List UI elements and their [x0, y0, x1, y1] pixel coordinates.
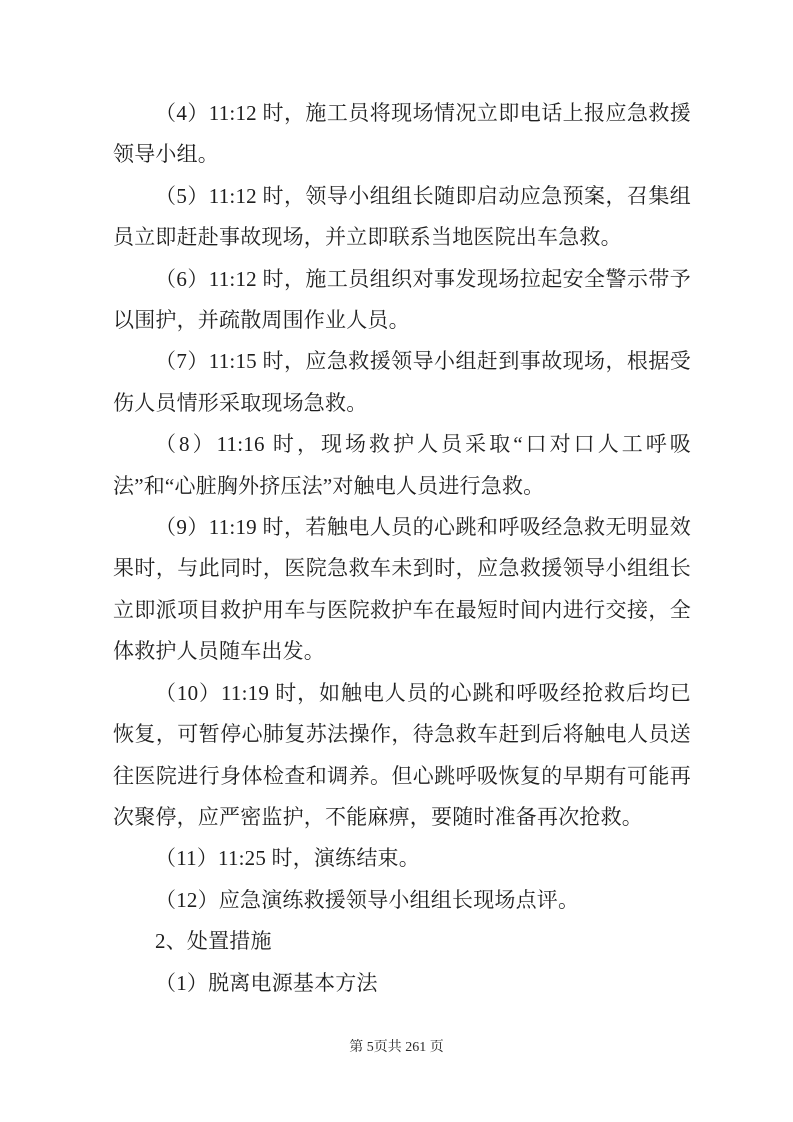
paragraph-step-7: （7）11:15 时，应急救援领导小组赶到事故现场，根据受伤人员情形采取现场急救…	[113, 341, 691, 424]
document-body: （4）11:12 时，施工员将现场情况立即电话上报应急救援领导小组。 （5）11…	[113, 93, 691, 1004]
paragraph-step-8: （8）11:16 时，现场救护人员采取“口对口人工呼吸法”和“心脏胸外挤压法”对…	[113, 424, 691, 507]
document-page: （4）11:12 时，施工员将现场情况立即电话上报应急救援领导小组。 （5）11…	[0, 0, 793, 1122]
paragraph-step-6: （6）11:12 时，施工员组织对事发现场拉起安全警示带予以围护，并疏散周围作业…	[113, 259, 691, 342]
paragraph-step-4: （4）11:12 时，施工员将现场情况立即电话上报应急救援领导小组。	[113, 93, 691, 176]
paragraph-step-9: （9）11:19 时，若触电人员的心跳和呼吸经急救无明显效果时，与此同时，医院急…	[113, 507, 691, 673]
page-number-footer: 第 5页共 261 页	[0, 1039, 793, 1057]
paragraph-step-12: （12）应急演练救援领导小组组长现场点评。	[113, 880, 691, 921]
paragraph-step-11: （11）11:25 时，演练结束。	[113, 838, 691, 879]
paragraph-step-10: （10）11:19 时，如触电人员的心跳和呼吸经抢救后均已恢复，可暂停心肺复苏法…	[113, 673, 691, 839]
heading-handling-measures: 2、处置措施	[113, 921, 691, 962]
heading-power-disconnect-method: （1）脱离电源基本方法	[113, 963, 691, 1004]
paragraph-step-5: （5）11:12 时，领导小组组长随即启动应急预案，召集组员立即赶赴事故现场，并…	[113, 176, 691, 259]
